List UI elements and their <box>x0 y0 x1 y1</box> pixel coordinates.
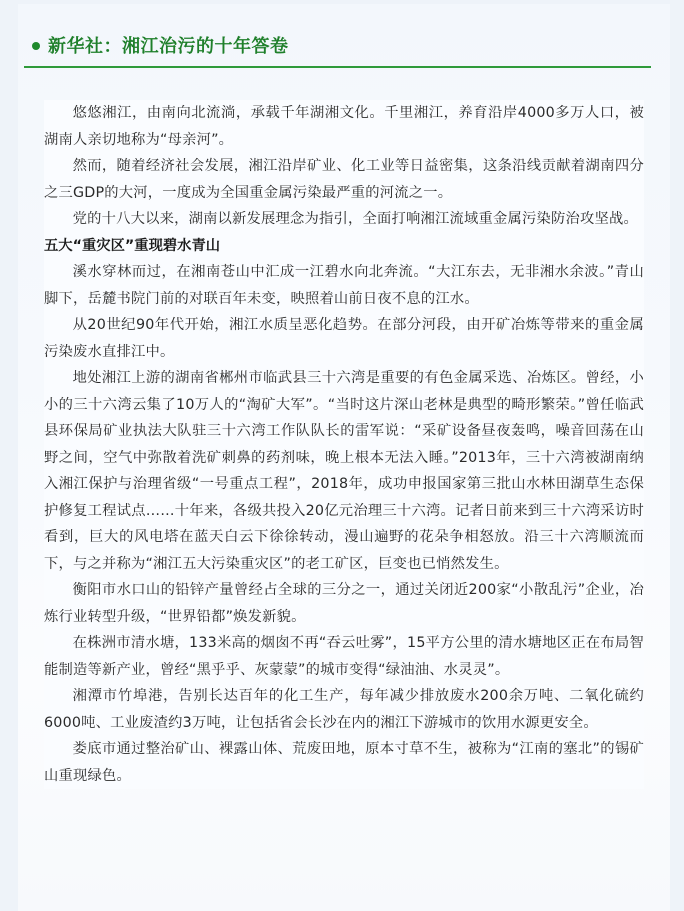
article-title: 新华社：湘江治污的十年答卷 <box>48 32 289 58</box>
title-divider <box>24 66 651 68</box>
paragraph: 衡阳市水口山的铅锌产量曾经占全球的三分之一，通过关闭近200家“小散乱污”企业，… <box>44 577 644 630</box>
bullet-dot-icon <box>32 42 40 50</box>
paragraph: 溪水穿林而过，在湘南苍山中汇成一江碧水向北奔流。“大江东去，无非湘水余波。”青山… <box>44 259 644 312</box>
article-header: 新华社：湘江治污的十年答卷 <box>26 28 656 68</box>
paragraph: 地处湘江上游的湖南省郴州市临武县三十六湾是重要的有色金属采选、冶炼区。曾经，小小… <box>44 365 644 577</box>
paragraph: 从20世纪90年代开始，湘江水质呈恶化趋势。在部分河段，由开矿冶炼等带来的重金属… <box>44 312 644 365</box>
paragraph: 在株洲市清水塘，133米高的烟囱不再“吞云吐雾”，15平方公里的清水塘地区正在布… <box>44 630 644 683</box>
paragraph: 党的十八大以来，湖南以新发展理念为指引，全面打响湘江流域重金属污染防治攻坚战。 <box>44 206 644 233</box>
paragraph: 然而，随着经济社会发展，湘江沿岸矿业、化工业等日益密集，这条沿线贡献着湖南四分之… <box>44 153 644 206</box>
article-body: 悠悠湘江，由南向北流淌，承载千年湖湘文化。千里湘江，养育沿岸4000多万人口，被… <box>44 100 644 789</box>
article-page: 新华社：湘江治污的十年答卷 悠悠湘江，由南向北流淌，承载千年湖湘文化。千里湘江，… <box>18 4 670 911</box>
paragraph: 悠悠湘江，由南向北流淌，承载千年湖湘文化。千里湘江，养育沿岸4000多万人口，被… <box>44 100 644 153</box>
paragraph: 娄底市通过整治矿山、裸露山体、荒废田地，原本寸草不生，被称为“江南的塞北”的锡矿… <box>44 736 644 789</box>
section-heading: 五大“重灾区”重现碧水青山 <box>44 233 644 260</box>
paragraph: 湘潭市竹埠港，告别长达百年的化工生产，每年减少排放废水200余万吨、二氧化硫约6… <box>44 683 644 736</box>
